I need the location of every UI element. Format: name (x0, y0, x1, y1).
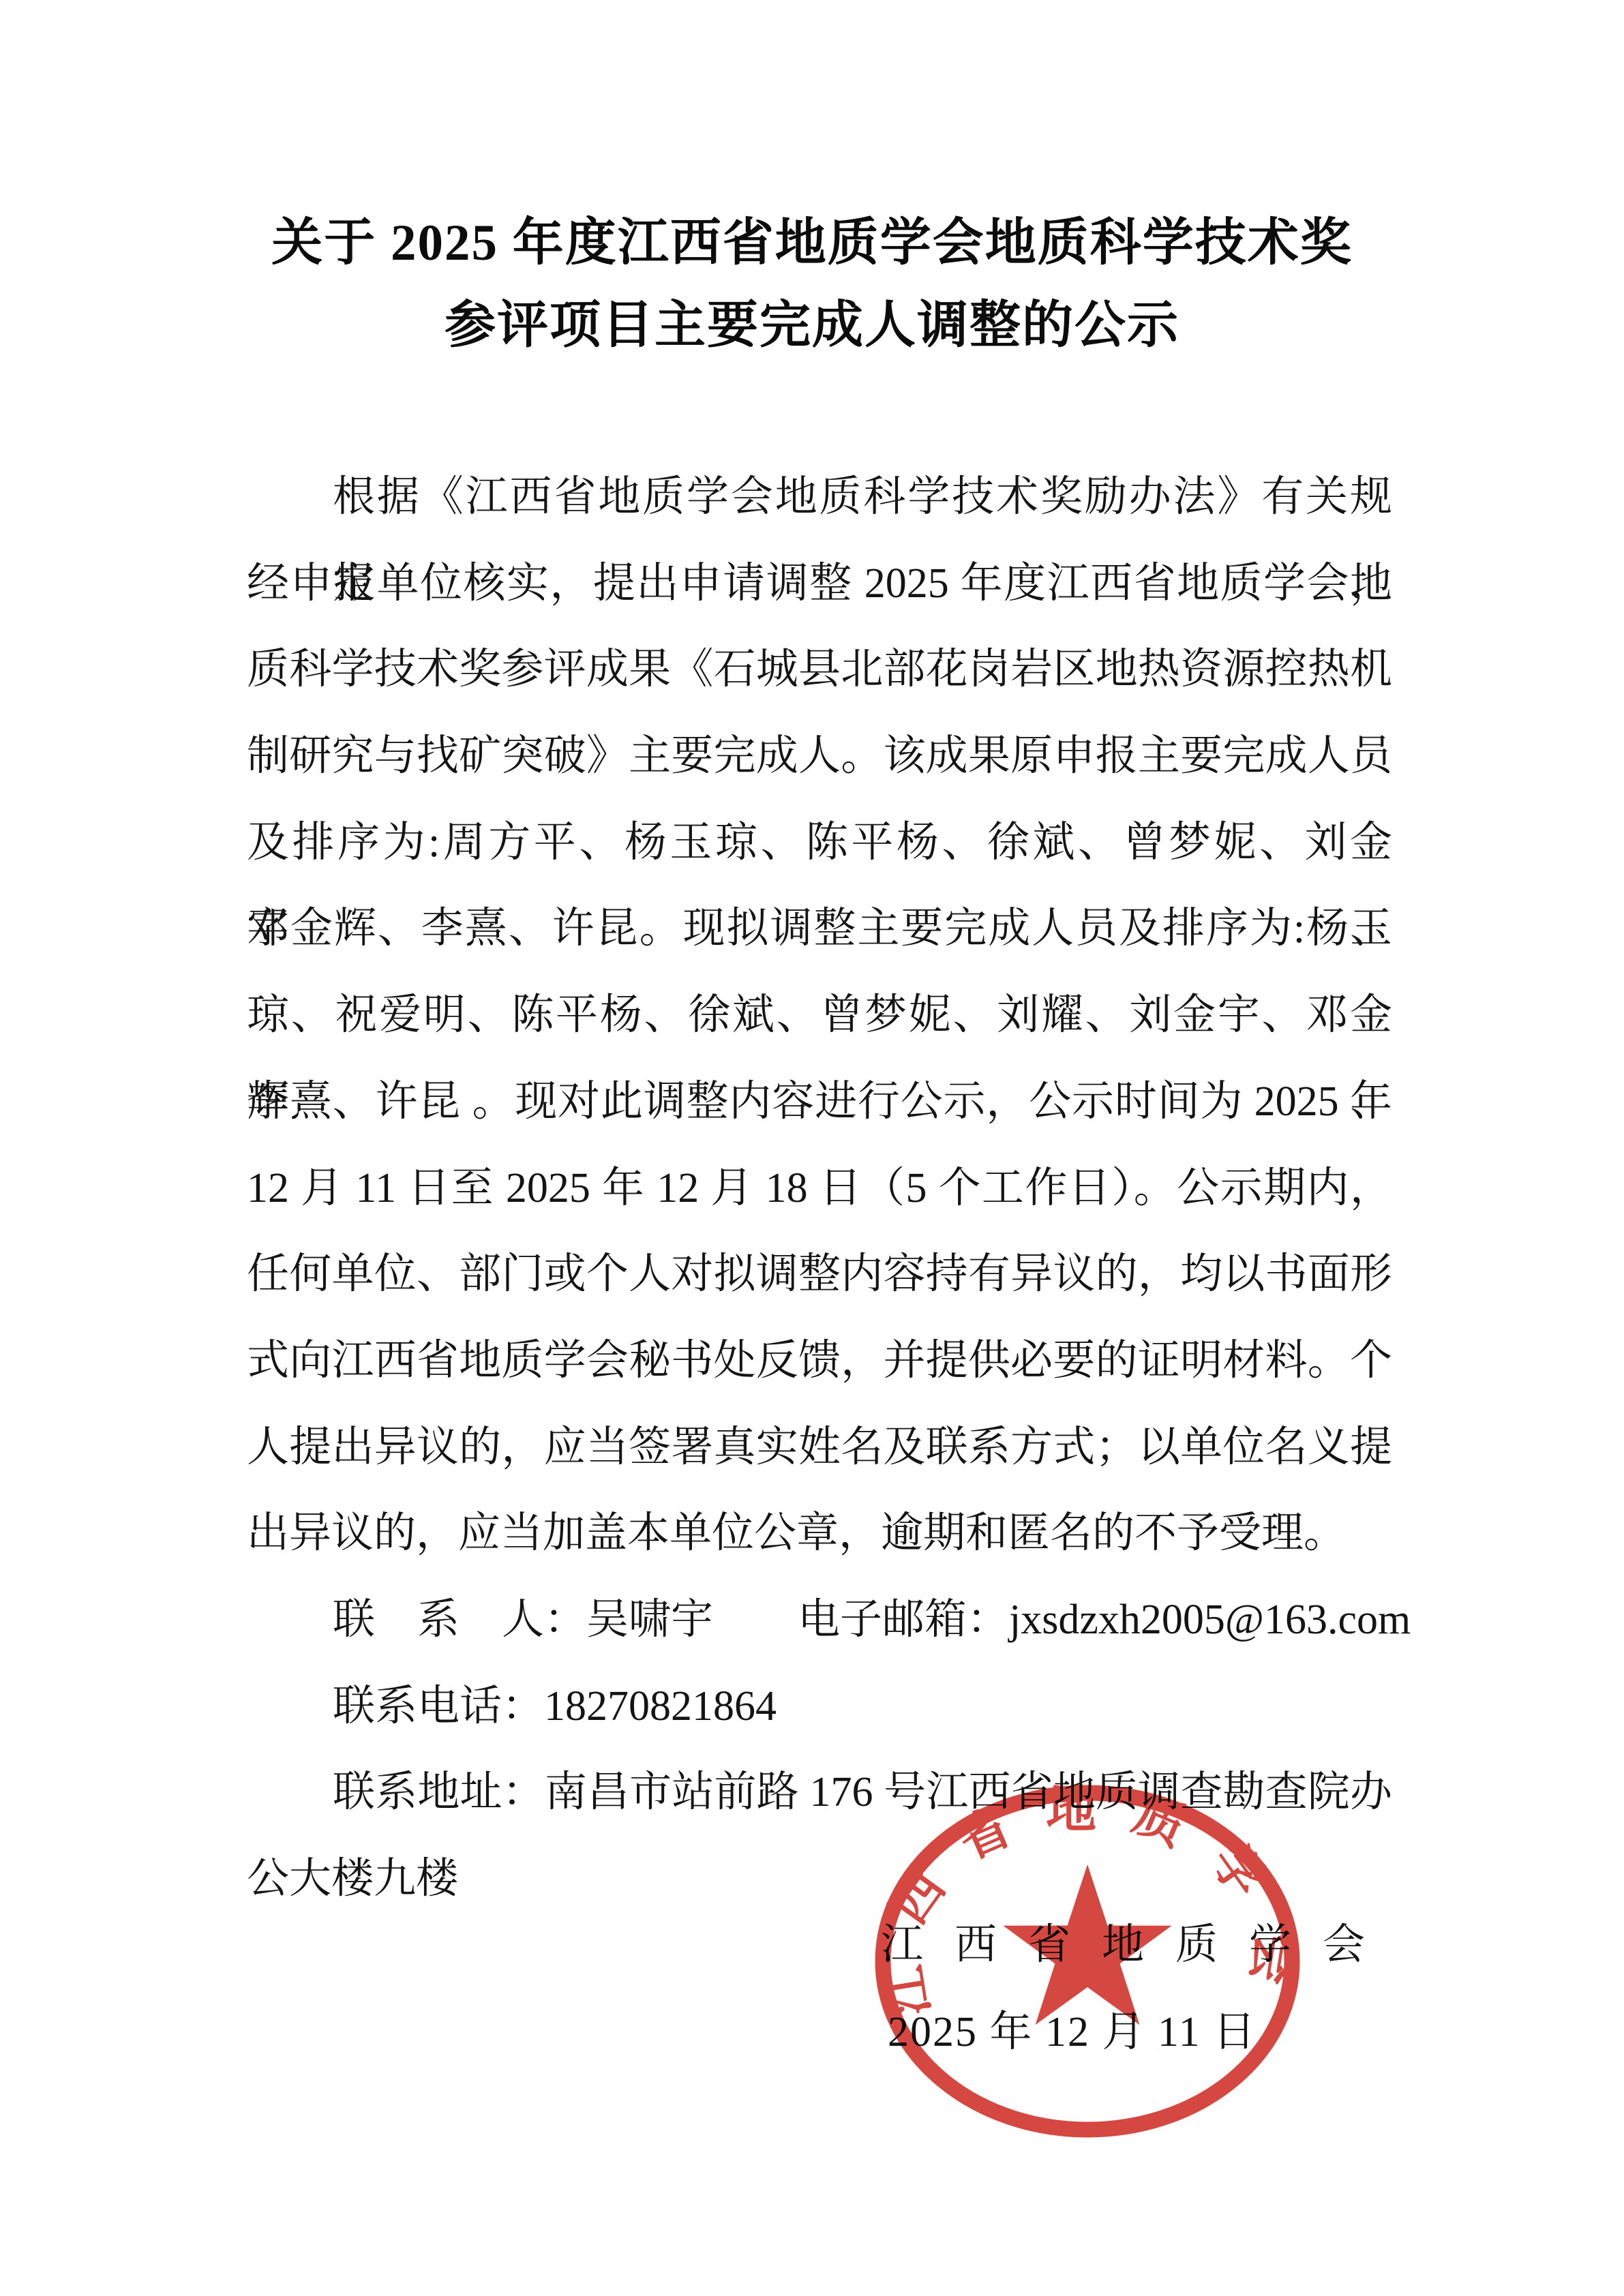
body-line: 12 月 11 日至 2025 年 12 月 18 日（5 个工作日）。公示期内… (247, 1145, 1392, 1232)
body-line: 经申报单位核实，提出申请调整 2025 年度江西省地质学会地 (247, 541, 1392, 627)
document-body: 根据《江西省地质学会地质科学技术奖励办法》有关规定，经申报单位核实，提出申请调整… (247, 454, 1392, 1922)
body-line: 式向江西省地质学会秘书处反馈，并提供必要的证明材料。个 (247, 1318, 1392, 1404)
document-page: 关于 2025 年度江西省地质学会地质科学技术奖 参评项目主要完成人调整的公示 … (0, 0, 1624, 2296)
document-title: 关于 2025 年度江西省地质学会地质科学技术奖 参评项目主要完成人调整的公示 (0, 202, 1624, 367)
body-line: 出异议的，应当加盖本单位公章，逾期和匿名的不予受理。 (247, 1490, 1392, 1577)
title-line-2: 参评项目主要完成人调整的公示 (0, 284, 1624, 367)
body-line: 邓金辉、李熹、许昆。现拟调整主要完成人员及排序为:杨玉 (247, 886, 1392, 972)
body-line: 联 系 人：吴啸宇 电子邮箱：jxsdzxh2005@163.com (247, 1577, 1392, 1663)
official-seal: 江西省地质学会 (856, 1783, 1319, 2154)
seal-star-icon (1003, 1864, 1171, 2025)
body-line: 根据《江西省地质学会地质科学技术奖励办法》有关规定， (247, 454, 1392, 541)
body-line: 人提出异议的，应当签署真实姓名及联系方式；以单位名义提 (247, 1404, 1392, 1491)
body-line: 任何单位、部门或个人对拟调整内容持有异议的，均以书面形 (247, 1231, 1392, 1318)
official-seal-graphic: 江西省地质学会 (856, 1783, 1319, 2154)
body-line: 制研究与找矿突破》主要完成人。该成果原申报主要完成人员 (247, 713, 1392, 800)
title-line-1: 关于 2025 年度江西省地质学会地质科学技术奖 (0, 202, 1624, 284)
body-line: 质科学技术奖参评成果《石城县北部花岗岩区地热资源控热机 (247, 626, 1392, 713)
body-line: 琼、祝爱明、陈平杨、徐斌、曾梦妮、刘耀、刘金宇、邓金辉、 (247, 972, 1392, 1059)
body-line: 李熹、许昆 。现对此调整内容进行公示，公示时间为 2025 年 (247, 1059, 1392, 1145)
body-line: 联系电话：18270821864 (247, 1663, 1392, 1750)
body-line: 及排序为:周方平、杨玉琼、陈平杨、徐斌、曾梦妮、刘金字、 (247, 800, 1392, 886)
